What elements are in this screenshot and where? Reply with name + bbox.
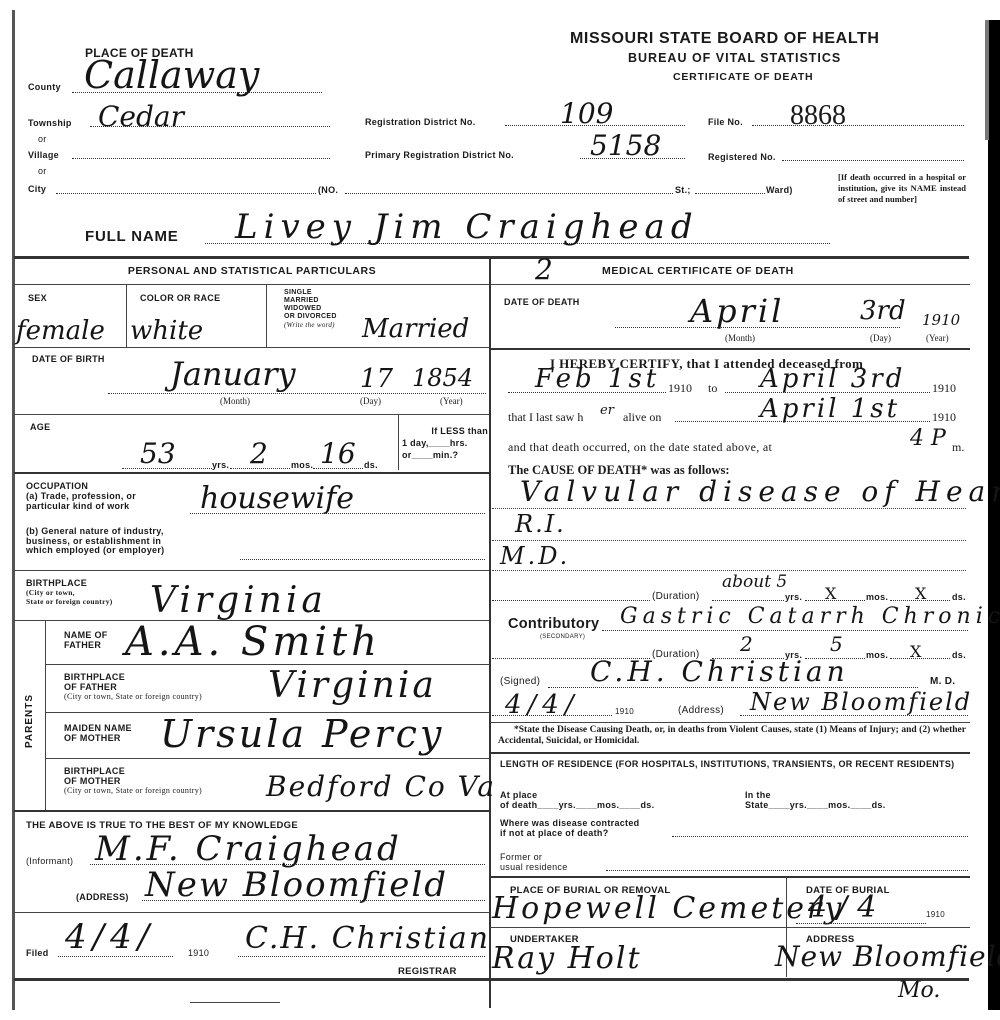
age-months-field[interactable]: 2: [250, 440, 268, 468]
bureau-title: BUREAU OF VITAL STATISTICS: [628, 51, 841, 65]
color-race-label: COLOR OR RACE: [140, 293, 220, 303]
scan-mark: [190, 1002, 280, 1003]
less-than-day-field[interactable]: If LESS than 1 day,____hrs. or____min.?: [402, 425, 488, 461]
undertaker-address-state-field[interactable]: Mo.: [898, 980, 940, 1002]
divider: [14, 256, 969, 259]
city-field[interactable]: [56, 193, 316, 194]
contributory-line: [602, 630, 968, 631]
scan-border-right-grey: [985, 20, 989, 140]
dob-day-field[interactable]: 17: [360, 366, 393, 392]
informant-address-label: (ADDRESS): [76, 892, 129, 902]
signed-label: (Signed): [500, 676, 540, 687]
birthplace-label: BIRTHPLACE (City or town, State or forei…: [26, 579, 113, 606]
age-label: AGE: [30, 422, 50, 432]
divider: [490, 752, 970, 754]
sex-field[interactable]: female: [16, 318, 105, 344]
registration-district-label: Registration District No.: [365, 117, 476, 127]
cause-line-3-field[interactable]: M.D.: [500, 544, 570, 568]
medical-section-title: MEDICAL CERTIFICATE OF DEATH: [602, 265, 794, 277]
informant-label: (Informant): [26, 856, 73, 866]
mother-birthplace-field[interactable]: Bedford Co Va: [266, 773, 496, 801]
md-label: M. D.: [930, 676, 955, 687]
ds-unit: ds.: [952, 592, 966, 602]
registered-no-field[interactable]: [782, 160, 964, 161]
signed-date-field[interactable]: 4/4/: [505, 692, 580, 718]
undertaker-field[interactable]: Ray Holt: [492, 944, 642, 974]
father-birthplace-field[interactable]: Virginia: [268, 668, 437, 704]
occupation-label: OCCUPATION (a) Trade, profession, or par…: [26, 481, 136, 511]
last-saw-text: that I last saw h: [508, 410, 583, 425]
ds-unit: ds.: [952, 650, 966, 660]
undertaker-address-field[interactable]: New Bloomfield: [775, 943, 1000, 971]
secondary-label: (SECONDARY): [540, 634, 585, 640]
father-birthplace-label: BIRTHPLACE OF FATHER (City or town, Stat…: [64, 673, 202, 702]
duration-1-prefix-line: [492, 600, 650, 601]
last-saw-date-field[interactable]: April 1st: [760, 396, 900, 422]
mother-birthplace-label: BIRTHPLACE OF MOTHER (City or town, Stat…: [64, 767, 202, 796]
divider: [14, 570, 489, 571]
marital-status-labels: SINGLE MARRIED WIDOWED OR DIVORCED (Writ…: [284, 289, 337, 329]
city-label: City: [28, 184, 46, 194]
cause-line-3: [492, 570, 966, 571]
former-residence-label: Former or usual residence: [500, 852, 568, 872]
village-field[interactable]: [72, 158, 330, 159]
dod-day-field[interactable]: 3rd: [860, 298, 906, 324]
divider: [126, 285, 127, 347]
informant-field[interactable]: M.F. Craighead: [95, 832, 402, 866]
street-label: St.;: [675, 185, 691, 195]
scan-border-right: [988, 20, 1000, 1010]
mos-unit: mos.: [866, 592, 888, 602]
cause-of-death-field[interactable]: Valvular disease of Heart: [520, 478, 1000, 506]
alive-on-text: alive on: [623, 410, 661, 425]
duration-1-years-field[interactable]: about 5: [722, 574, 787, 591]
cause-line-2: [492, 540, 966, 541]
contributory-field[interactable]: Gastric Catarrh Chronic: [620, 606, 1000, 628]
or-text: or: [38, 134, 47, 144]
age-days-field[interactable]: 16: [320, 440, 356, 468]
hospital-note: [If death occurred in a hospital or inst…: [838, 172, 966, 205]
burial-date-field[interactable]: 4/4: [808, 893, 886, 923]
yrs-unit: yrs.: [785, 592, 802, 602]
attended-to-year: 1910: [932, 381, 956, 396]
divider: [14, 284, 489, 285]
registrar-label: REGISTRAR: [398, 966, 457, 977]
month-caption: (Month): [220, 396, 250, 406]
birthplace-field[interactable]: Virginia: [150, 583, 327, 619]
section-number: 2: [535, 256, 553, 284]
year-caption: (Year): [440, 396, 463, 406]
dod-month-field[interactable]: April: [690, 295, 784, 327]
duration-1-days-field[interactable]: X: [915, 586, 926, 602]
divider: [14, 472, 489, 474]
disease-contracted-field[interactable]: [672, 836, 968, 837]
cause-line-2-field[interactable]: R.I.: [515, 512, 566, 536]
year-caption: (Year): [926, 333, 949, 343]
duration-1-years-line: [712, 600, 784, 601]
attended-from-year: 1910: [668, 381, 692, 396]
day-caption: (Day): [360, 396, 381, 406]
cause-footnote: *State the Disease Causing Death, or, in…: [498, 725, 966, 747]
ward-field[interactable]: [695, 193, 765, 194]
column-divider: [489, 258, 491, 1008]
father-name-field[interactable]: A.A. Smith: [125, 622, 381, 662]
burial-year: 1910: [926, 910, 945, 919]
primary-district-field[interactable]: 5158: [590, 132, 661, 160]
signed-year: 1910: [615, 707, 634, 716]
attended-from-field[interactable]: Feb 1st: [535, 366, 660, 392]
file-no-field[interactable]: 8868: [790, 100, 846, 132]
duration-2-years-field[interactable]: 2: [740, 634, 753, 654]
or-text: or: [38, 166, 47, 176]
death-time-text: and that death occurred, on the date sta…: [508, 440, 772, 455]
full-name-field[interactable]: Livey Jim Craighead: [235, 210, 699, 244]
county-label: County: [28, 82, 61, 92]
scan-border-left: [12, 10, 15, 1010]
divider: [14, 347, 489, 348]
physician-address-label: (Address): [678, 705, 724, 716]
file-no-label: File No.: [708, 117, 743, 127]
month-caption: (Month): [725, 333, 755, 343]
yrs-unit: yrs.: [212, 460, 229, 470]
divider: [490, 284, 970, 285]
former-residence-field[interactable]: [606, 870, 968, 871]
sex-label: SEX: [28, 293, 47, 303]
registered-no-label: Registered No.: [708, 152, 776, 162]
ds-unit: ds.: [364, 460, 378, 470]
board-title: MISSOURI STATE BOARD OF HEALTH: [570, 30, 880, 48]
color-race-field[interactable]: white: [130, 318, 203, 344]
marital-status-field[interactable]: Married: [362, 316, 469, 342]
primary-district-label: Primary Registration District No.: [365, 150, 514, 160]
divider: [398, 415, 399, 470]
occupation-a-field[interactable]: housewife: [200, 484, 354, 514]
township-label: Township: [28, 118, 72, 128]
last-saw-pronoun-field[interactable]: er: [600, 404, 614, 417]
divider: [45, 758, 489, 759]
bottom-border: [14, 978, 969, 981]
at-place-of-death-field[interactable]: At place of death____yrs.____mos.____ds.: [500, 790, 654, 810]
filed-year: 1910: [188, 948, 209, 958]
age-years-field[interactable]: 53: [140, 440, 176, 468]
cause-line-1: [492, 508, 966, 509]
duration-2-months-field[interactable]: 5: [830, 634, 843, 654]
dob-month-field[interactable]: January: [170, 358, 296, 390]
day-caption: (Day): [870, 333, 891, 343]
death-time-field[interactable]: 4 P: [910, 428, 946, 450]
physician-signature-field[interactable]: C.H. Christian: [590, 658, 849, 686]
filed-label: Filed: [26, 948, 49, 958]
in-state-field[interactable]: In the State____yrs.____mos.____ds.: [745, 790, 886, 810]
divider: [266, 285, 267, 347]
full-name-label: FULL NAME: [85, 228, 179, 245]
date-of-death-label: DATE OF DEATH: [504, 297, 580, 307]
mother-name-label: MAIDEN NAME OF MOTHER: [64, 723, 132, 743]
registrar-line: [238, 956, 485, 957]
file-no-line: [752, 125, 964, 126]
attended-to-field[interactable]: April 3rd: [760, 366, 905, 392]
occupation-b-field[interactable]: [240, 559, 485, 560]
street-no-label: (NO.: [318, 185, 338, 195]
physician-address-field[interactable]: New Bloomfield: [750, 690, 972, 714]
mother-name-field[interactable]: Ursula Percy: [160, 715, 444, 753]
divider: [490, 722, 970, 723]
divider: [490, 927, 970, 928]
street-field[interactable]: [345, 193, 673, 194]
date-of-birth-label: DATE OF BIRTH: [32, 354, 105, 364]
dob-year-field[interactable]: 1854: [412, 366, 473, 390]
registration-district-field[interactable]: 109: [560, 100, 613, 128]
duration-2-days-field[interactable]: X: [910, 644, 921, 660]
length-of-residence-label: LENGTH OF RESIDENCE (FOR HOSPITALS, INST…: [500, 759, 968, 770]
divider: [14, 414, 489, 415]
contributory-label: Contributory: [508, 616, 599, 632]
divider: [490, 348, 970, 350]
m-suffix: m.: [952, 440, 964, 455]
burial-place-field[interactable]: Hopewell Cemetery: [492, 894, 844, 924]
father-name-label: NAME OF FATHER: [64, 630, 108, 650]
date-of-birth-line: [108, 393, 486, 394]
county-field[interactable]: Callaway: [84, 56, 259, 94]
registrar-signature-field[interactable]: C.H. Christian: [245, 924, 490, 954]
duration-label: (Duration): [652, 591, 699, 602]
ward-label: Ward): [766, 185, 793, 195]
mos-unit: mos.: [866, 650, 888, 660]
township-field[interactable]: Cedar: [98, 103, 184, 131]
to-word: to: [708, 381, 717, 396]
divider: [14, 912, 489, 913]
dod-year-field[interactable]: 1910: [922, 313, 960, 328]
filed-date-field[interactable]: 4/4/: [65, 920, 155, 954]
divider: [45, 620, 46, 810]
certificate-title: CERTIFICATE OF DEATH: [673, 71, 813, 83]
disease-contracted-label: Where was disease contracted if not at p…: [500, 818, 639, 838]
parents-label: PARENTS: [24, 694, 35, 748]
informant-address-field[interactable]: New Bloomfield: [145, 868, 448, 902]
village-label: Village: [28, 150, 59, 160]
personal-section-title: PERSONAL AND STATISTICAL PARTICULARS: [16, 265, 488, 277]
divider: [14, 810, 489, 812]
last-saw-year: 1910: [932, 410, 956, 425]
divider: [490, 876, 970, 878]
mos-unit: mos.: [291, 460, 313, 470]
occupation-b-label: (b) General nature of industry, business…: [26, 527, 164, 556]
duration-1-months-field[interactable]: X: [825, 586, 836, 602]
